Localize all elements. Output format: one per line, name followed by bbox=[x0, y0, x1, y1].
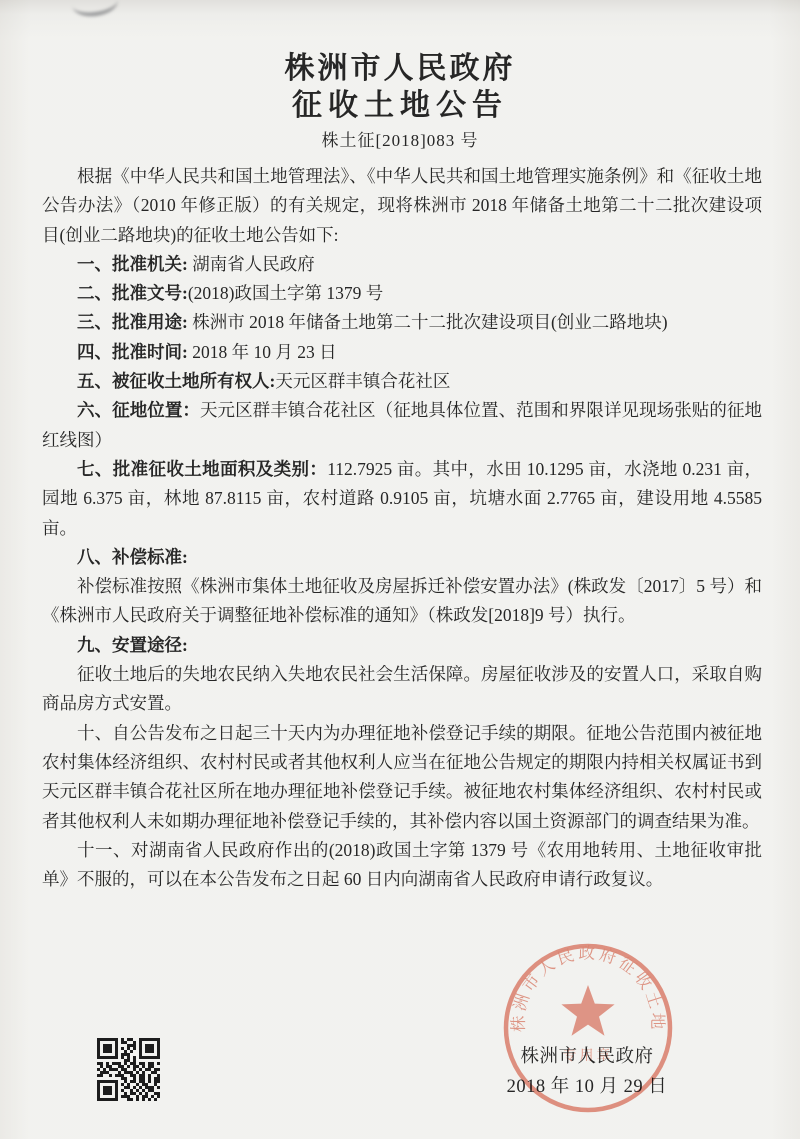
item-1-text: 湖南省人民政府 bbox=[192, 254, 315, 274]
svg-text:株洲市人民政府征收土地公告: 株洲市人民政府征收土地公告 bbox=[498, 938, 667, 1033]
issuing-org-title: 株洲市人民政府 bbox=[0, 0, 800, 87]
seal-ring-text: 株洲市人民政府征收土地公告 bbox=[498, 938, 667, 1033]
item-7: 七、批准征收土地面积及类别：112.7925 亩。其中，水田 10.1295 亩… bbox=[42, 455, 762, 543]
signature-block: 株洲市人民政府 2018 年 10 月 29 日 bbox=[503, 1042, 671, 1102]
item-5: 五、被征收土地所有权人:天元区群丰镇合花社区 bbox=[42, 367, 762, 396]
item-1: 一、批准机关: 湖南省人民政府 bbox=[42, 250, 762, 279]
notice-title: 征收土地公告 bbox=[0, 87, 800, 124]
item-3: 三、批准用途: 株洲市 2018 年储备土地第二十二批次建设项目(创业二路地块) bbox=[42, 308, 762, 337]
item-3-label: 三、批准用途: bbox=[77, 312, 192, 332]
item-9-body-text: 征收土地后的失地农民纳入失地农民社会生活保障。房屋征收涉及的安置人口，采取自购商… bbox=[42, 664, 762, 713]
item-2-label: 二、批准文号: bbox=[77, 283, 188, 303]
item-9-body: 征收土地后的失地农民纳入失地农民社会生活保障。房屋征收涉及的安置人口，采取自购商… bbox=[42, 660, 762, 719]
document-heading: 株洲市人民政府 征收土地公告 株土征[2018]083 号 bbox=[0, 0, 800, 153]
item-9-label: 九、安置途径: bbox=[77, 635, 188, 655]
item-2-text: (2018)政国土字第 1379 号 bbox=[188, 283, 383, 303]
item-5-label: 五、被征收土地所有权人: bbox=[77, 371, 275, 391]
item-8: 八、补偿标准: bbox=[42, 543, 762, 572]
item-10: 十、自公告发布之日起三十天内为办理征地补偿登记手续的期限。征地公告范围内被征地农… bbox=[42, 719, 762, 836]
item-8-body-text: 补偿标准按照《株洲市集体土地征收及房屋拆迁补偿安置办法》(株政发〔2017〕5 … bbox=[42, 576, 762, 625]
item-4-text: 2018 年 10 月 23 日 bbox=[192, 342, 336, 362]
scanned-document-page: 株洲市人民政府 征收土地公告 株土征[2018]083 号 根据《中华人民共和国… bbox=[0, 0, 800, 1139]
item-8-body: 补偿标准按照《株洲市集体土地征收及房屋拆迁补偿安置办法》(株政发〔2017〕5 … bbox=[42, 572, 762, 631]
item-5-text: 天元区群丰镇合花社区 bbox=[275, 371, 450, 391]
item-6: 六、征地位置：天元区群丰镇合花社区（征地具体位置、范围和界限详见现场张贴的征地红… bbox=[42, 396, 762, 455]
item-3-text: 株洲市 2018 年储备土地第二十二批次建设项目(创业二路地块) bbox=[192, 312, 667, 332]
item-4: 四、批准时间: 2018 年 10 月 23 日 bbox=[42, 338, 762, 367]
item-2: 二、批准文号:(2018)政国土字第 1379 号 bbox=[42, 279, 762, 308]
qr-code bbox=[97, 1038, 160, 1101]
item-10-text: 十、自公告发布之日起三十天内为办理征地补偿登记手续的期限。征地公告范围内被征地农… bbox=[42, 723, 762, 831]
item-6-label: 六、征地位置： bbox=[77, 400, 200, 420]
item-7-label: 七、批准征收土地面积及类别： bbox=[77, 459, 327, 479]
document-body: 根据《中华人民共和国土地管理法》、《中华人民共和国土地管理实施条例》和《征收土地… bbox=[42, 162, 762, 894]
signature-date: 2018 年 10 月 29 日 bbox=[503, 1072, 671, 1102]
item-1-label: 一、批准机关: bbox=[77, 254, 192, 274]
item-4-label: 四、批准时间: bbox=[77, 342, 192, 362]
item-8-label: 八、补偿标准: bbox=[77, 547, 188, 567]
document-number: 株土征[2018]083 号 bbox=[0, 129, 800, 153]
intro-paragraph: 根据《中华人民共和国土地管理法》、《中华人民共和国土地管理实施条例》和《征收土地… bbox=[42, 162, 762, 250]
seal-star-icon bbox=[561, 985, 614, 1036]
item-11: 十一、对湖南省人民政府作出的(2018)政国土字第 1379 号《农用地转用、土… bbox=[42, 836, 762, 895]
item-11-text: 十一、对湖南省人民政府作出的(2018)政国土字第 1379 号《农用地转用、土… bbox=[42, 840, 762, 889]
signature-org: 株洲市人民政府 bbox=[503, 1042, 671, 1072]
item-9: 九、安置途径: bbox=[42, 631, 762, 660]
